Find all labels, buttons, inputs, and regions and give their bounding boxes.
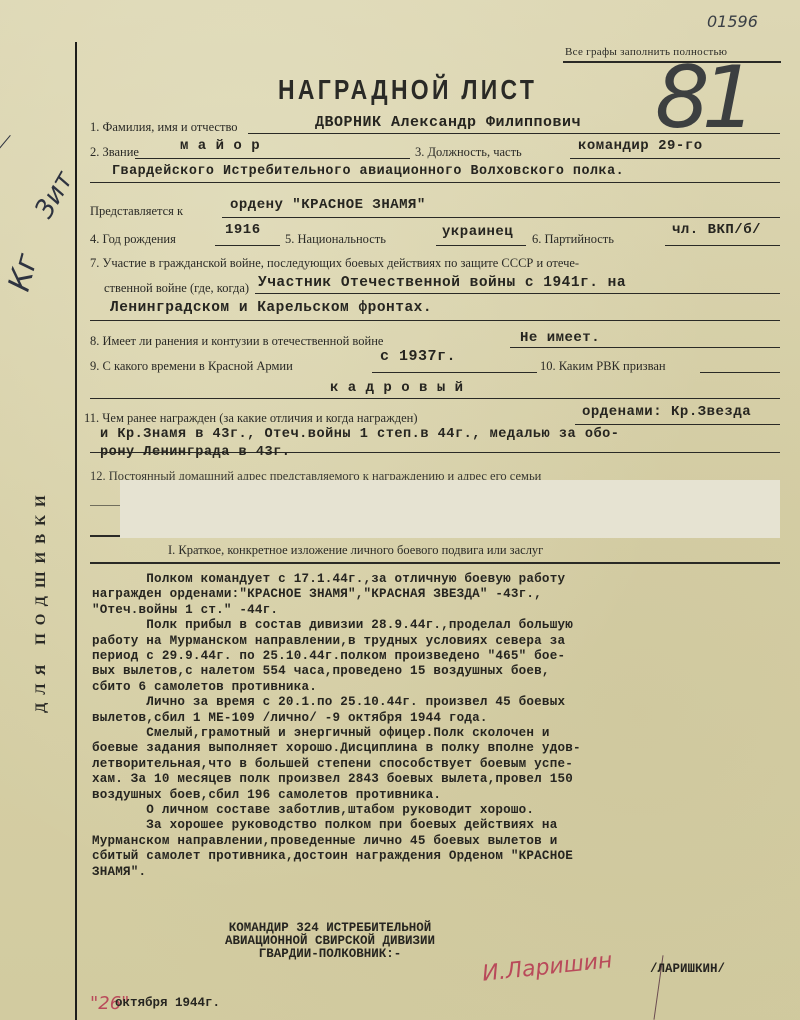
presented-line: [222, 217, 780, 218]
redacted-address: [120, 480, 780, 538]
signatory-name: /ЛАРИШКИН/: [650, 962, 725, 976]
field-9-line: [372, 372, 537, 373]
field-2-label: 2. Звание: [90, 145, 139, 160]
narrative-line: Мурманском направлении,проведенные лично…: [92, 834, 557, 849]
narrative-line: хам. За 10 месяцев полк произвел 2843 бо…: [92, 772, 573, 787]
field-5-line: [436, 245, 526, 246]
field-3-value-2: Гвардейского Истребительного авиационног…: [112, 164, 624, 179]
field-9-value: с 1937г.: [380, 348, 456, 365]
narrative-line: вылетов,сбил 1 МЕ-109 /лично/ -9 октября…: [92, 711, 488, 726]
margin-note-1: 3ит: [29, 166, 79, 223]
field-7-value-1: Участник Отечественной войны с 1941г. на: [258, 275, 626, 291]
field-9-label: 9. С какого времени в Красной Армии: [90, 359, 293, 374]
narrative-line: Смелый,грамотный и энергичный офицер.Пол…: [92, 726, 550, 741]
date-month-year: октября 1944г.: [115, 996, 220, 1010]
field-4-value: 1916: [225, 222, 261, 238]
narrative-line: За хорошее руководство полком при боевых…: [92, 818, 557, 833]
field-4-label: 4. Год рождения: [90, 232, 176, 247]
field-7-label-1: 7. Участие в гражданской войне, последую…: [90, 256, 579, 271]
presented-label: Представляется к: [90, 204, 183, 219]
field-5-value: украинец: [442, 224, 513, 240]
field-8-value: Не имеет.: [520, 330, 600, 346]
field-11-value-3: рону Ленинграда в 43г.: [100, 445, 290, 460]
field-7-line-2: [90, 320, 780, 321]
left-margin-rule: [75, 42, 77, 1020]
field-3-value-1: командир 29-го: [578, 138, 703, 154]
field-4-line: [215, 245, 280, 246]
field-8-label: 8. Имеет ли ранения и контузии в отечест…: [90, 334, 383, 349]
presented-value: ордену "КРАСНОЕ ЗНАМЯ": [230, 197, 426, 213]
field-10-label: 10. Каким РВК призван: [540, 359, 666, 374]
field-10-line-1: [700, 372, 780, 373]
field-10-value: к а д р о в ы й: [330, 380, 464, 396]
field-2-line: [135, 158, 410, 159]
field-11-value-1: орденами: Кр.Звезда: [582, 404, 751, 420]
margin-slash: [0, 135, 11, 327]
field-7-value-2: Ленинградском и Карельском фронтах.: [110, 300, 432, 316]
field-10-line-2: [90, 398, 780, 399]
narrative-line: Полк прибыл в состав дивизии 28.9.44г.,п…: [92, 618, 573, 633]
field-7-line-1: [255, 293, 780, 294]
document-title: НАГРАДНОЙ ЛИСТ: [278, 74, 537, 106]
field-3-line-1: [570, 158, 780, 159]
narrative-line: Лично за время с 20.1.по 25.10.44г. прои…: [92, 695, 565, 710]
field-6-line: [665, 245, 780, 246]
section-heading-rule: [90, 562, 780, 564]
section-heading: I. Краткое, конкретное изложение личного…: [168, 543, 543, 558]
narrative-line: ЗНАМЯ".: [92, 865, 146, 880]
narrative-line: награжден орденами:"КРАСНОЕ ЗНАМЯ","КРАС…: [92, 587, 542, 602]
field-11-value-2: и Кр.Знамя в 43г., Отеч.войны 1 степ.в 4…: [100, 427, 619, 442]
field-6-value: чл. ВКП/б/: [672, 222, 761, 238]
field-1-line: [248, 133, 780, 134]
narrative-line: вых вылетов,с налетом 554 часа,проведено…: [92, 664, 550, 679]
narrative-line: сбито 6 самолетов противника.: [92, 680, 317, 695]
field-8-line: [510, 347, 780, 348]
narrative-line: сбитый самолет противника,достоин награж…: [92, 849, 573, 864]
archive-number: 01596: [707, 12, 758, 31]
narrative-line: О личном составе заботлив,штабом руковод…: [92, 803, 534, 818]
narrative-line: летворительная,что в большей степени спо…: [92, 757, 573, 772]
field-6-label: 6. Партийность: [532, 232, 614, 247]
narrative-line: период с 29.9.44г. по 25.10.44г.полком п…: [92, 649, 565, 664]
handwritten-number: 81: [655, 55, 748, 141]
document-page: 01596 Все графы заполнить полностью 81 Н…: [0, 0, 800, 1020]
narrative-line: "Отеч.войны 1 ст." -44г.: [92, 603, 278, 618]
field-11-line-1: [575, 424, 780, 425]
handwritten-signature: И.Ларишин: [481, 948, 613, 987]
field-1-label: 1. Фамилия, имя и отчество: [90, 120, 238, 135]
field-7-label-2: ственной войне (где, когда): [104, 281, 249, 296]
narrative-line: Полком командует с 17.1.44г.,за отличную…: [92, 572, 565, 587]
field-5-label: 5. Национальность: [285, 232, 386, 247]
signatory-title: КОМАНДИР 324 ИСТРЕБИТЕЛЬНОЙ АВИАЦИОННОЙ …: [225, 922, 435, 961]
margin-note-2: Кг: [2, 250, 45, 295]
field-11-label: 11. Чем ранее награжден (за какие отличи…: [84, 411, 417, 426]
narrative-line: воздушных боев,сбил 196 самолетов против…: [92, 788, 441, 803]
narrative-line: работу на Мурманском направлении,в трудн…: [92, 634, 565, 649]
binding-margin-label: ДЛЯ ПОДШИВКИ: [33, 430, 73, 770]
narrative-line: боевые задания выполняет хорошо.Дисципли…: [92, 741, 581, 756]
field-3-line-2: [90, 182, 780, 183]
field-1-value: ДВОРНИК Александр Филиппович: [315, 114, 581, 131]
field-2-value: м а й о р: [180, 138, 260, 154]
field-3-label: 3. Должность, часть: [415, 145, 522, 160]
